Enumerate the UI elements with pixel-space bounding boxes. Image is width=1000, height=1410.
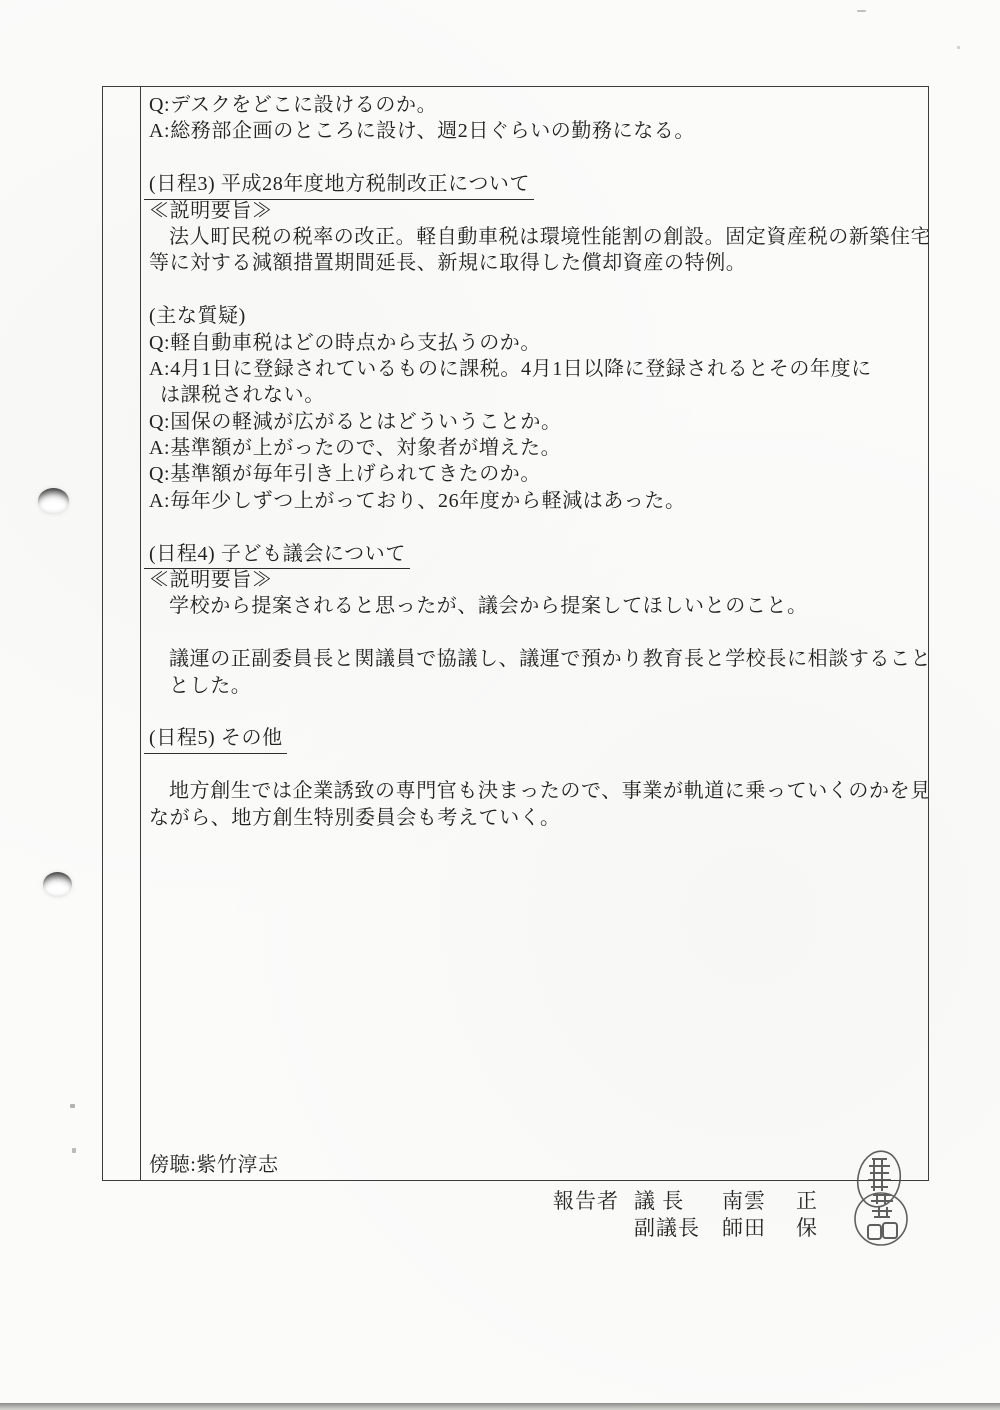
text-line: Q:デスクをどこに設けるのか。 xyxy=(149,92,924,118)
text-line: ≪説明要旨≫ xyxy=(149,567,924,593)
agenda-heading-4: (日程4) 子ども議会について xyxy=(144,541,410,569)
reporter-label: 報告者 xyxy=(553,1185,619,1215)
blank-line xyxy=(149,752,924,778)
vice-chair-title: 副議長 xyxy=(634,1212,700,1242)
scanned-page: Q:デスクをどこに設けるのか。 A:総務部企画のところに設け、週2日ぐらいの勤務… xyxy=(0,0,1000,1410)
text-line: 等に対する減額措置期間延長、新規に取得した償却資産の特例。 xyxy=(149,250,924,276)
text-line: ≪説明要旨≫ xyxy=(149,198,924,224)
text-line: A:4月1日に登録されているものに課税。4月1日以降に登録されるとその年度に xyxy=(149,356,924,382)
scan-bottom-edge xyxy=(0,1403,1000,1410)
blank-line xyxy=(149,277,924,303)
blank-line xyxy=(149,514,924,540)
scan-speck xyxy=(70,1104,75,1108)
text-line: Q:国保の軽減が広がるとはどういうことか。 xyxy=(149,409,924,435)
blank-line xyxy=(149,145,924,171)
text-line: A:基準額が上がったので、対象者が増えた。 xyxy=(149,435,924,461)
agenda-heading-5: (日程5) その他 xyxy=(144,725,287,753)
blank-line xyxy=(149,699,924,725)
punch-hole-bottom xyxy=(43,872,72,897)
chair-title: 議 長 xyxy=(634,1185,684,1215)
text-line: (日程5) その他 xyxy=(149,725,924,751)
vice-chair-family-name: 師田 xyxy=(722,1212,766,1242)
audience-note: 傍聴:紫竹淳志 xyxy=(149,1148,279,1177)
text-line: は課税されない。 xyxy=(149,382,924,408)
agenda-heading-3: (日程3) 平成28年度地方税制改正について xyxy=(144,171,534,199)
text-line: A:毎年少しずつ上がっており、26年度から軽減はあった。 xyxy=(149,488,924,514)
blank-line xyxy=(149,620,924,646)
text-line: Q:基準額が毎年引き上げられてきたのか。 xyxy=(149,461,924,487)
minutes-table: Q:デスクをどこに設けるのか。 A:総務部企画のところに設け、週2日ぐらいの勤務… xyxy=(102,86,929,1181)
text-line: 法人町民税の税率の改正。軽自動車税は環境性能割の創設。固定資産税の新築住宅 xyxy=(149,224,924,250)
text-line: ながら、地方創生特別委員会も考えていく。 xyxy=(149,805,924,831)
signature-block: 報告者 議 長 南雲 正 副議長 師田 保 xyxy=(0,0,1000,80)
text-line: (日程4) 子ども議会について xyxy=(149,541,924,567)
text-line: とした。 xyxy=(149,673,924,699)
text-line: A:総務部企画のところに設け、週2日ぐらいの勤務になる。 xyxy=(149,118,924,144)
hanko-seal-icon xyxy=(850,1149,914,1255)
punch-hole-top xyxy=(38,488,69,514)
text-line: 地方創生では企業誘致の専門官も決まったので、事業が軌道に乗っていくのかを見 xyxy=(149,778,924,804)
chair-family-name: 南雲 xyxy=(722,1185,766,1215)
margin-column xyxy=(103,87,141,1180)
text-line: 議運の正副委員長と関議員で協議し、議運で預かり教育長と学校長に相談すること xyxy=(149,646,924,672)
text-line: 学校から提案されると思ったが、議会から提案してほしいとのこと。 xyxy=(149,593,924,619)
text-line: Q:軽自動車税はどの時点から支払うのか。 xyxy=(149,330,924,356)
content-cell: Q:デスクをどこに設けるのか。 A:総務部企画のところに設け、週2日ぐらいの勤務… xyxy=(142,87,928,1180)
chair-given-name: 正 xyxy=(796,1185,818,1215)
text-line: (主な質疑) xyxy=(149,303,924,329)
text-line: (日程3) 平成28年度地方税制改正について xyxy=(149,171,924,197)
scan-speck xyxy=(72,1148,76,1153)
vice-chair-given-name: 保 xyxy=(796,1212,818,1242)
